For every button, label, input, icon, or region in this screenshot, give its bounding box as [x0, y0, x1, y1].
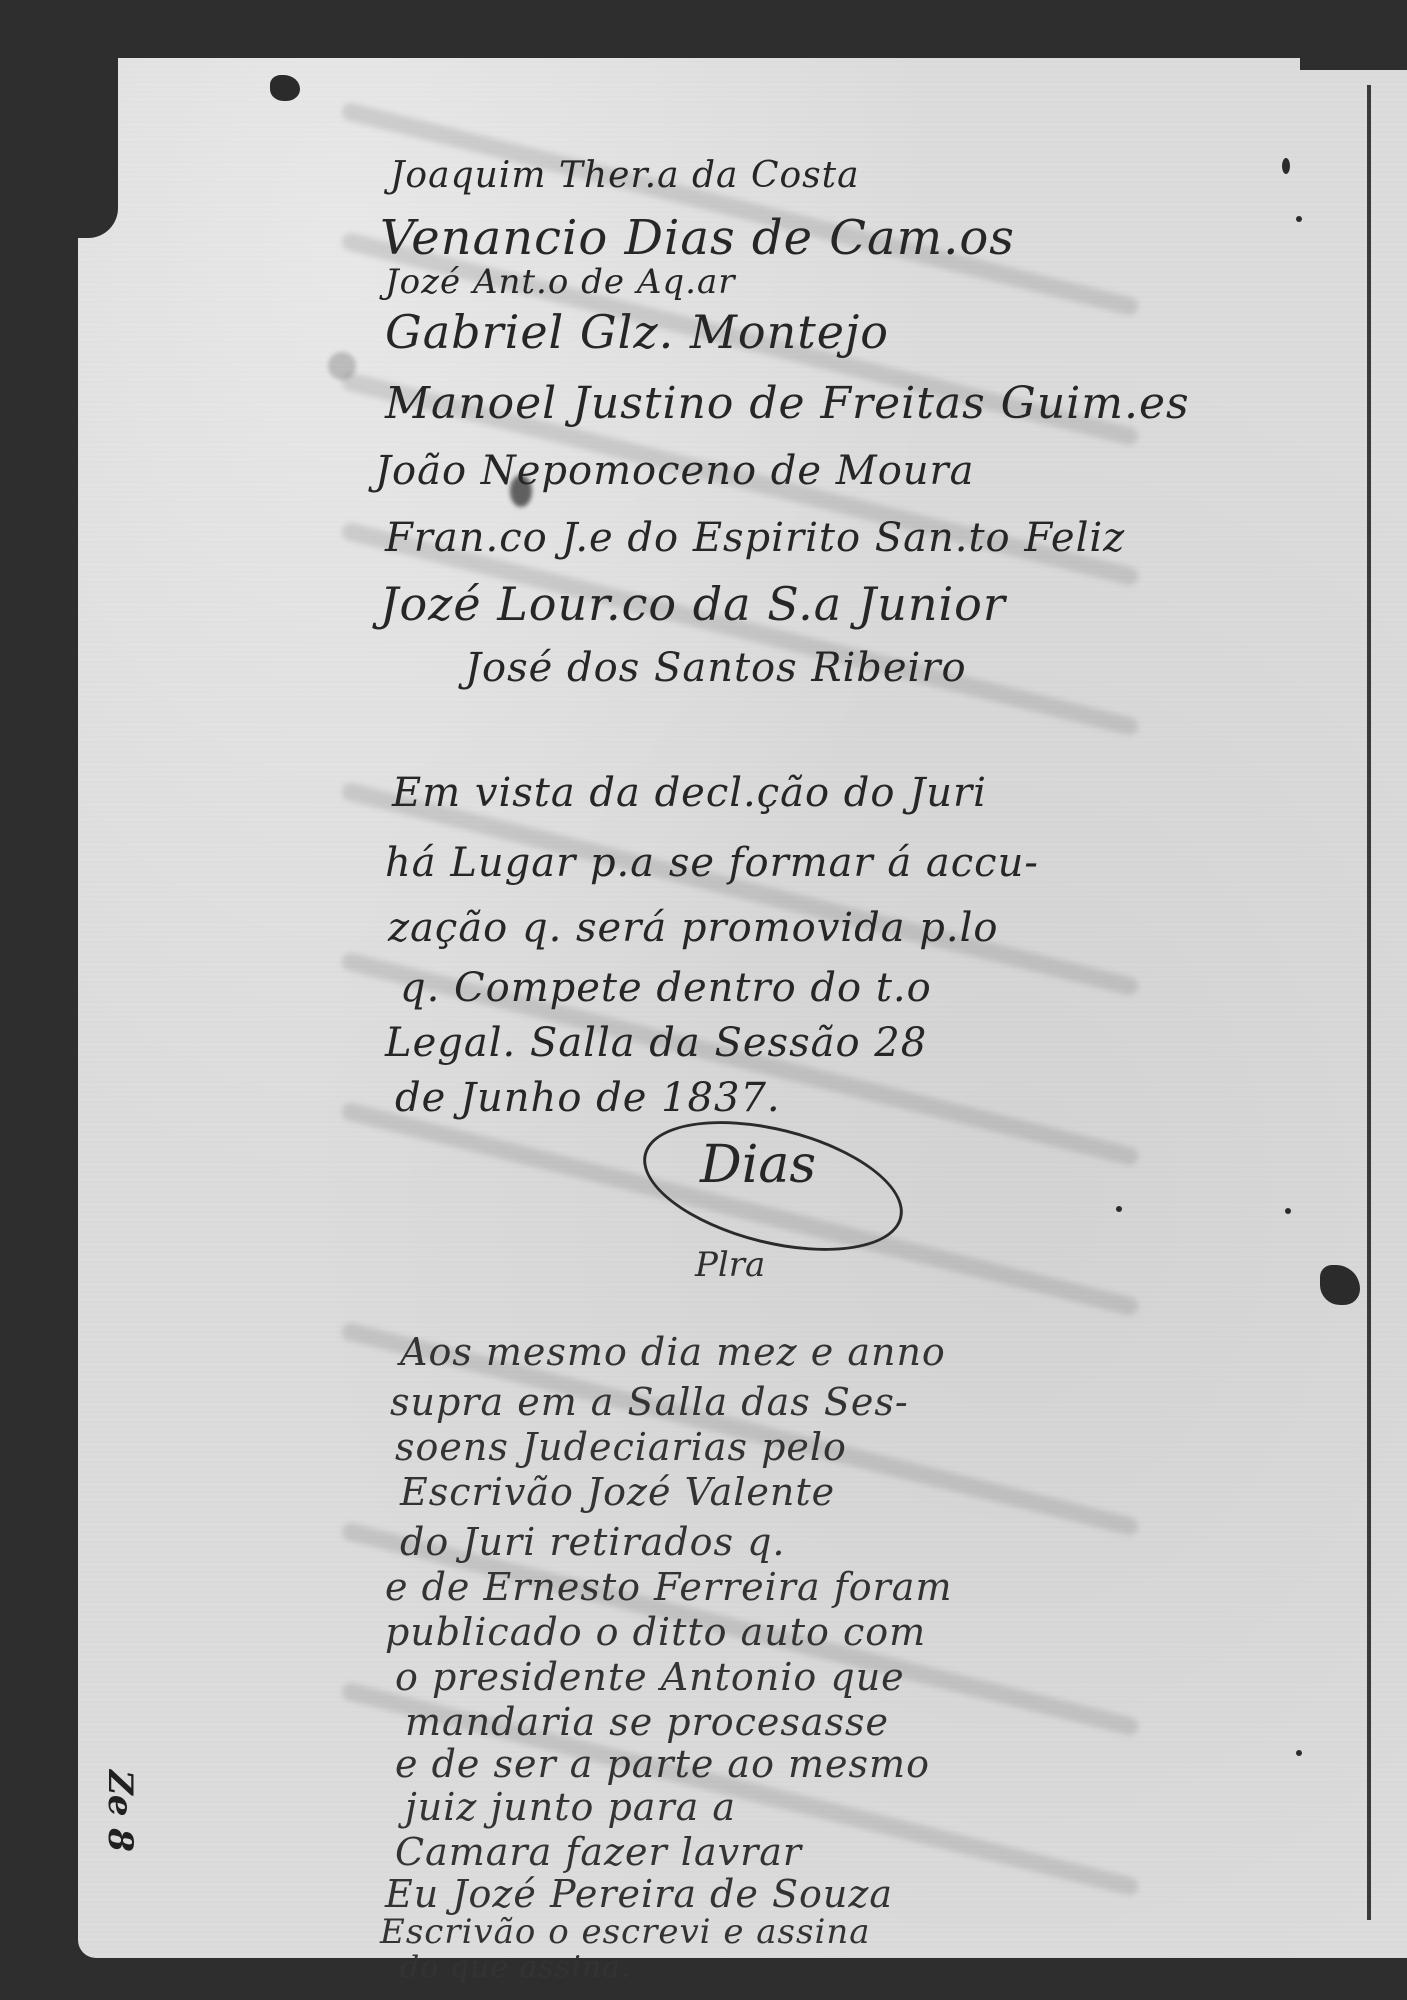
juror-name: Manoel Justino de Freitas Guim.es: [385, 378, 1190, 429]
decision-line: zação q. será promovida p.lo: [388, 905, 998, 951]
ink-stain: [270, 75, 300, 101]
decision-line: de Junho de 1837.: [395, 1075, 781, 1121]
minutes-line: o presidente Antonio que: [395, 1655, 905, 1699]
minutes-line: publicado o ditto auto com: [385, 1610, 926, 1654]
minutes-line: e de ser a parte ao mesmo: [395, 1742, 930, 1786]
ink-spot: [1282, 158, 1290, 174]
ink-spot: [1116, 1206, 1122, 1212]
juror-name: Jozé Ant.o de Aq.ar: [385, 262, 735, 302]
minutes-line: Eu Jozé Pereira de Souza: [385, 1872, 893, 1916]
juror-name: Jozé Lour.co da S.a Junior: [380, 577, 1006, 631]
juror-name: Venancio Dias de Cam.os: [380, 210, 1015, 266]
juror-name: Joaquim Ther.a da Costa: [390, 155, 860, 196]
juror-name: Fran.co J.e do Espirito San.to Feliz: [385, 515, 1125, 561]
margin-note: Ze 8: [100, 1770, 140, 1852]
minutes-line: Camara fazer lavrar: [395, 1830, 802, 1874]
minutes-line: Escrivão Jozé Valente: [400, 1470, 835, 1514]
minutes-line: soens Judeciarias pelo: [395, 1425, 847, 1469]
decision-line: Em vista da decl.ção do Juri: [392, 770, 987, 816]
juror-name: Gabriel Glz. Montejo: [385, 305, 889, 359]
ink-spot: [1296, 216, 1302, 222]
minutes-line: do Juri retirados q.: [400, 1520, 785, 1564]
bottom-edge: [78, 1958, 1407, 2000]
decision-line: Legal. Salla da Sessão 28: [385, 1020, 927, 1066]
minutes-line: e de Ernesto Ferreira foram: [385, 1565, 953, 1609]
minutes-line: Aos mesmo dia mez e anno: [400, 1330, 946, 1374]
page-fold-line: [1367, 85, 1371, 1920]
ink-spot: [1296, 1750, 1302, 1756]
ink-spot: [1285, 1208, 1291, 1214]
minutes-line: supra em a Salla das Ses-: [390, 1380, 909, 1424]
juror-name: José dos Santos Ribeiro: [465, 645, 967, 691]
minutes-line: juiz junto para a: [405, 1785, 736, 1829]
torn-edge: [78, 58, 118, 238]
minutes-line: mandaria se procesasse: [405, 1700, 889, 1744]
torn-edge: [1300, 58, 1407, 70]
minutes-line: do que assina.: [400, 1950, 632, 1985]
minutes-line: Escrivão o escrevi e assina: [380, 1912, 870, 1952]
decision-line: q. Compete dentro do t.o: [400, 965, 932, 1011]
juror-name: João Nepomoceno de Moura: [375, 448, 975, 494]
judge-signature: Dias: [700, 1135, 816, 1195]
scanned-document: Joaquim Ther.a da Costa Venancio Dias de…: [0, 0, 1407, 2000]
decision-line: há Lugar p.a se formar á accu-: [385, 840, 1039, 886]
paraph-mark: Plra: [695, 1245, 765, 1285]
